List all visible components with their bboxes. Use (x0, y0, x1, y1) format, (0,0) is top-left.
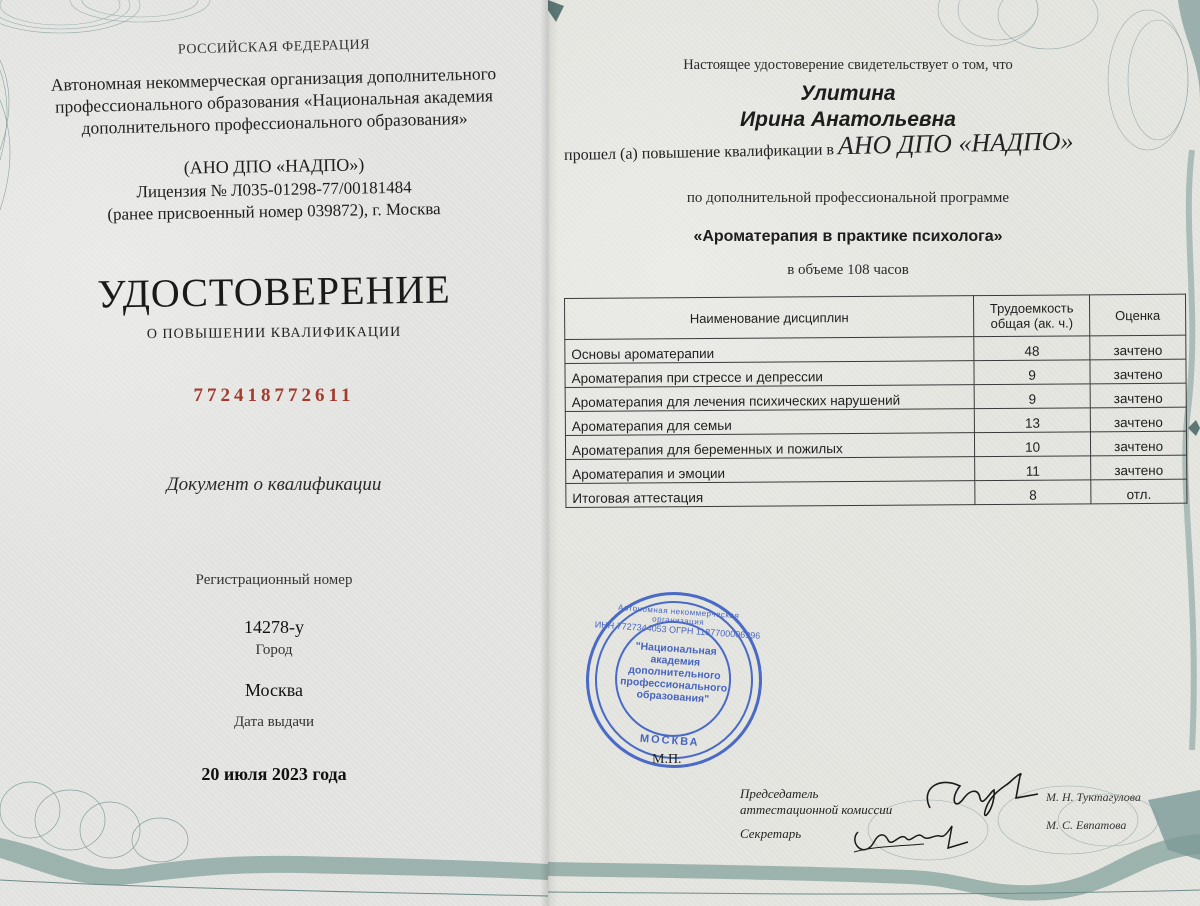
program-hours: в объеме 108 часов (548, 262, 1148, 279)
column-header-hours: Трудоемкость общая (ак. ч.) (974, 295, 1090, 337)
column-header-grade: Оценка (1090, 294, 1186, 336)
discipline-name-cell: Ароматерапия и эмоции (566, 457, 975, 484)
grade-cell: зачтено (1090, 359, 1186, 384)
hours-cell: 11 (975, 456, 1091, 481)
discipline-name-cell: Ароматерапия при стрессе и депрессии (565, 361, 974, 388)
discipline-name-cell: Ароматерапия для лечения психических нар… (565, 385, 974, 412)
secretary-label: Секретарь (740, 826, 801, 842)
hours-cell: 9 (974, 384, 1090, 409)
secretary-signature (844, 812, 984, 868)
hours-cell: 9 (974, 360, 1090, 385)
hours-cell: 48 (974, 336, 1090, 361)
grade-cell: зачтено (1091, 455, 1187, 480)
discipline-name-cell: Итоговая аттестация (566, 481, 975, 508)
document-title: УДОСТОВЕРЕНИЕ (0, 264, 548, 319)
holder-surname: Улитина (548, 82, 1148, 106)
book-spine-shadow (540, 0, 558, 906)
table-body: Основы ароматерапии48зачтеноАроматерапия… (565, 335, 1187, 507)
hours-cell: 10 (975, 432, 1091, 457)
city-label: Город (0, 642, 548, 659)
discipline-name-cell: Основы ароматерапии (565, 337, 974, 364)
right-page: Настоящее удостоверение свидетельствует … (548, 0, 1200, 906)
discipline-name-cell: Ароматерапия для семьи (565, 409, 974, 436)
serial-number: 772418772611 (0, 385, 548, 407)
chairman-label-line: Председатель (740, 786, 892, 802)
country-heading: РОССИЙСКАЯ ФЕДЕРАЦИЯ (0, 33, 548, 63)
certification-intro: Настоящее удостоверение свидетельствует … (548, 57, 1148, 74)
issue-date: 20 июля 2023 года (0, 764, 548, 785)
completion-organization: АНО ДПО «НАДПО» (838, 126, 1074, 160)
hours-cell: 8 (975, 480, 1091, 505)
guilloche-border-bottom-left (0, 780, 548, 906)
organization-stamp: Автономная некоммерческая организация ИН… (580, 586, 768, 774)
discipline-name-cell: Ароматерапия для беременных и пожилых (565, 433, 974, 460)
grade-cell: зачтено (1091, 431, 1187, 456)
stamp-center-text: "Национальная академия дополнительного п… (618, 639, 732, 707)
seal-mark: М.П. (652, 752, 682, 768)
chairman-name: М. Н. Туктагулова (1046, 790, 1141, 805)
column-header-discipline: Наименование дисциплин (565, 296, 974, 340)
grade-cell: зачтено (1090, 407, 1186, 432)
secretary-name: М. С. Евпатова (1046, 818, 1126, 833)
disciplines-table: Наименование дисциплин Трудоемкость обща… (564, 294, 1187, 508)
issue-date-label: Дата выдачи (0, 714, 548, 731)
left-page: РОССИЙСКАЯ ФЕДЕРАЦИЯ Автономная некоммер… (0, 0, 548, 906)
program-name: «Ароматерапия в практике психолога» (548, 228, 1148, 246)
program-label: по дополнительной профессиональной прогр… (548, 190, 1148, 207)
document-subtitle: О ПОВЫШЕНИИ КВАЛИФИКАЦИИ (0, 324, 548, 345)
completion-text: прошел (а) повышение квалификации в (564, 141, 834, 164)
table-row: Итоговая аттестация8отл. (566, 479, 1187, 507)
organization-full-name: Автономная некоммерческая организация до… (19, 61, 529, 140)
grade-cell: отл. (1091, 479, 1187, 504)
grade-cell: зачтено (1090, 383, 1186, 408)
city-value: Москва (0, 680, 548, 701)
document-kind: Документ о квалификации (0, 474, 548, 496)
registration-number-label: Регистрационный номер (0, 572, 548, 589)
grade-cell: зачтено (1090, 335, 1186, 360)
hours-cell: 13 (974, 408, 1090, 433)
table-header-row: Наименование дисциплин Трудоемкость обща… (565, 294, 1186, 339)
registration-number: 14278-у (0, 617, 548, 638)
